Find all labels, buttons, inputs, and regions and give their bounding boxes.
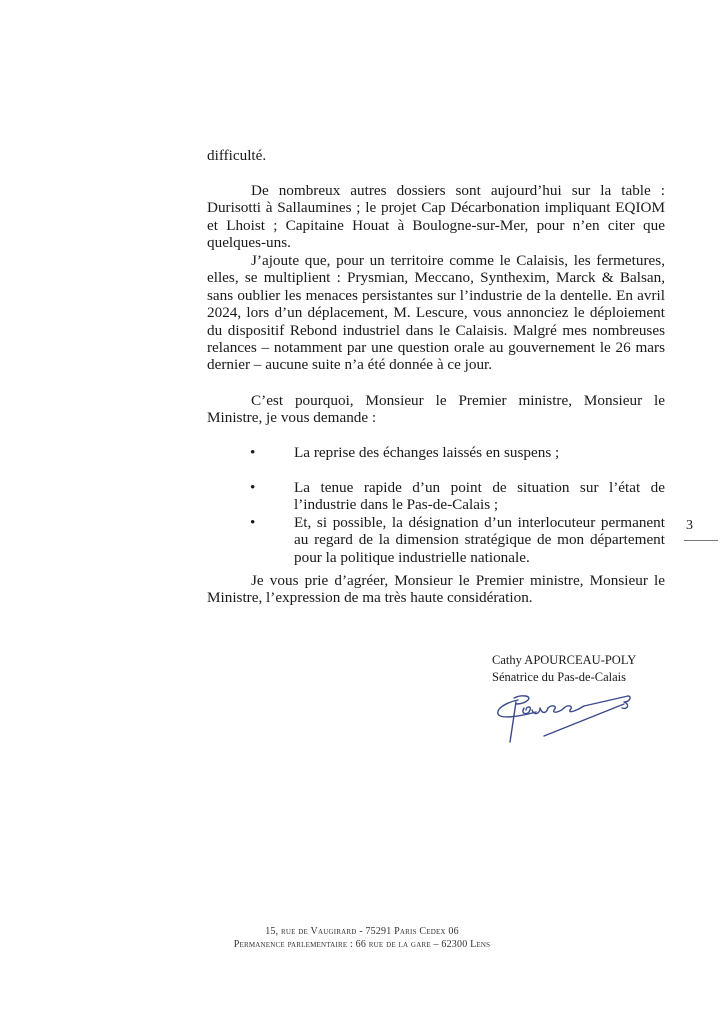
page-number-rule xyxy=(684,540,718,541)
paragraph-closing: Je vous prie d’agréer, Monsieur le Premi… xyxy=(207,572,665,607)
paragraph-continuation: difficulté. xyxy=(207,147,665,164)
signatory-name: Cathy APOURCEAU-POLY xyxy=(492,652,636,669)
bullet-item: • La tenue rapide d’un point de situatio… xyxy=(250,479,665,514)
handwritten-signature-icon xyxy=(488,690,638,748)
bullet-icon: • xyxy=(250,514,255,531)
document-page: difficulté. De nombreux autres dossiers … xyxy=(0,0,724,1024)
bullet-item: • Et, si possible, la désignation d’un i… xyxy=(250,514,665,566)
footer-permanence: Permanence parlementaire : 66 rue de la … xyxy=(0,939,724,951)
footer-address: 15, rue de Vaugirard - 75291 Paris Cedex… xyxy=(0,926,724,938)
bullet-text: La tenue rapide d’un point de situation … xyxy=(294,479,665,514)
paragraph-calaisis-closures: J’ajoute que, pour un territoire comme l… xyxy=(207,252,665,374)
bullet-text: Et, si possible, la désignation d’un int… xyxy=(294,514,665,566)
paragraph-request-intro: C’est pourquoi, Monsieur le Premier mini… xyxy=(207,392,665,427)
signature-block: Cathy APOURCEAU-POLY Sénatrice du Pas-de… xyxy=(492,652,636,686)
bullet-icon: • xyxy=(250,444,255,461)
bullet-icon: • xyxy=(250,479,255,496)
page-number: 3 xyxy=(686,518,693,534)
paragraph-other-dossiers: De nombreux autres dossiers sont aujourd… xyxy=(207,182,665,252)
signatory-title: Sénatrice du Pas-de-Calais xyxy=(492,669,636,686)
bullet-text: La reprise des échanges laissés en suspe… xyxy=(294,444,665,461)
bullet-item: • La reprise des échanges laissés en sus… xyxy=(250,444,665,461)
